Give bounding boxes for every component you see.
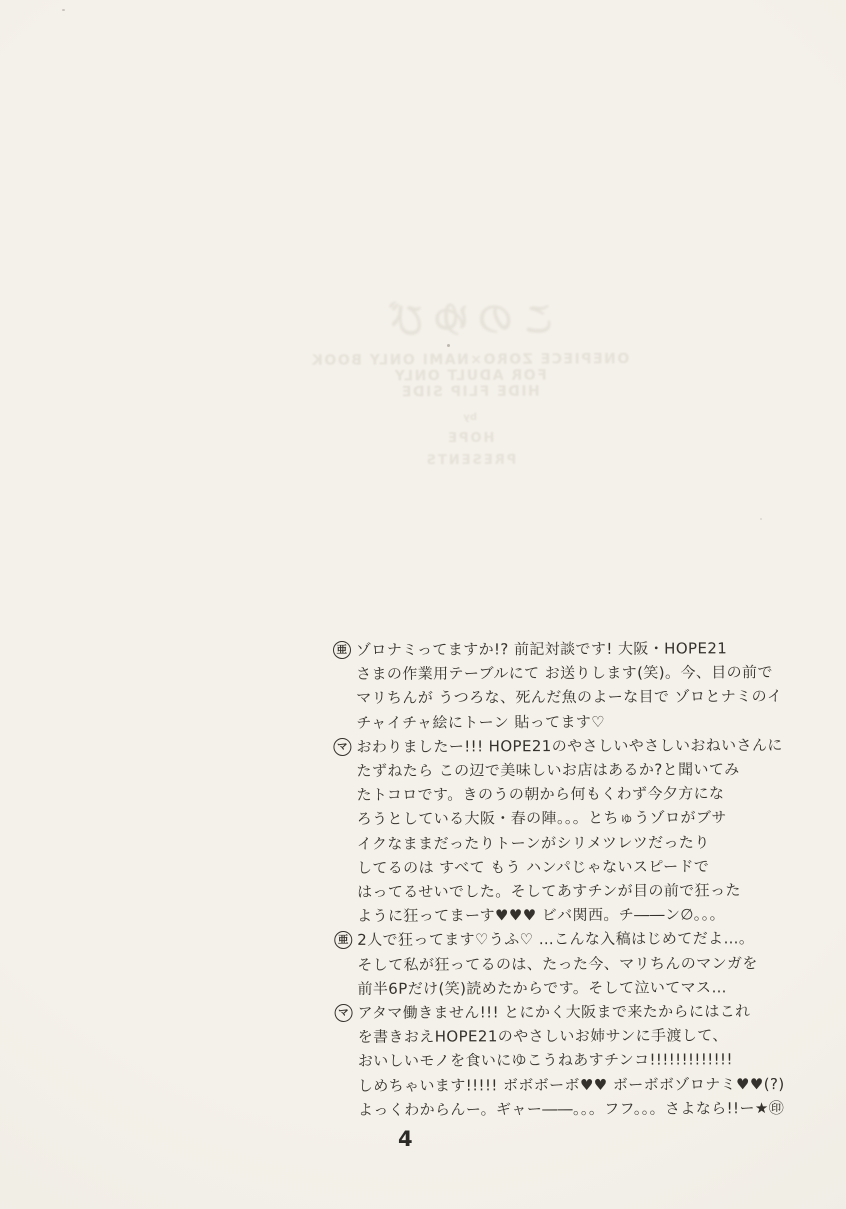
speaker-mark-circle: マ (335, 1004, 353, 1022)
speaker-mark-circle: 亜 (334, 931, 352, 949)
scanned-doujinshi-page: このゆびONEPIECE ZORO×NAMI ONLY BOOKFOR ADUL… (0, 0, 846, 1209)
bleedthrough-line: HOPE (270, 430, 670, 447)
handwritten-line: を書きおえHOPE21のやさしいお姉サンに手渡して、 (358, 1023, 801, 1049)
page-number: 4 (398, 1127, 414, 1151)
bleedthrough-title: このゆび (270, 297, 670, 343)
handwritten-line: はってるせいでした。そしてあすチンが目の前で狂った (357, 878, 800, 904)
handwritten-line: アタマ働きません!!! とにかく大阪まで来たからにはこれ (358, 999, 801, 1025)
paragraph-lines: ゾロナミってますか!? 前記対談です! 大阪・HOPE21さまの作業用テーブルに… (356, 636, 799, 735)
paragraph-lines: おわりましたー!!! HOPE21のやさしいやさしいおねいさんにたずねたら この… (356, 733, 800, 929)
afterword-paragraph: 亜2人で狂ってます♡うふ♡ …こんな入稿はじめてだよ…。そして私が狂ってるのは、… (334, 926, 800, 1001)
afterword-paragraph: マアタマ働きません!!! とにかく大阪まで来たからにはこれを書きおえHOPE21… (335, 999, 802, 1122)
paper-speck (62, 9, 65, 11)
handwritten-line: チャイチャ絵にトーン 貼ってます♡ (356, 709, 799, 735)
handwritten-line: たずねたら この辺で美味しいお店はあるか?と聞いてみ (356, 757, 799, 783)
afterword-paragraph: マおわりましたー!!! HOPE21のやさしいやさしいおねいさんにたずねたら こ… (333, 733, 800, 929)
paragraph-lines: 2人で狂ってます♡うふ♡ …こんな入稿はじめてだよ…。そして私が狂ってるのは、た… (357, 926, 800, 1001)
paper-speck (447, 344, 450, 347)
handwritten-line: ゾロナミってますか!? 前記対談です! 大阪・HOPE21 (356, 636, 799, 662)
handwritten-line: イクなままだったりトーンがシリメツレツだったり (357, 830, 800, 856)
handwritten-line: そして私が狂ってるのは、たった今、マリちんのマンガを (357, 951, 800, 977)
handwritten-line: しめちゃいます!!!!! ボボボーボ♥♥ ボーボボゾロナミ♥♥(?) (358, 1072, 801, 1098)
paragraph-lines: アタマ働きません!!! とにかく大阪まで来たからにはこれを書きおえHOPE21の… (358, 999, 802, 1122)
bleedthrough-line: PRESENTS (270, 452, 670, 469)
handwritten-line: おわりましたー!!! HOPE21のやさしいやさしいおねいさんに (356, 733, 799, 759)
handwritten-line: よっくわからんー。ギャー――。。。フフ。。。さよなら!!ー★㊞ (358, 1096, 801, 1122)
handwritten-line: たトコロです。きのうの朝から何もくわず今夕方にな (357, 781, 800, 807)
handwritten-line: してるのは すべて もう ハンパじゃないスピードで (357, 854, 800, 880)
bleedthrough-line: by (270, 411, 670, 425)
handwritten-line: 前半6Pだけ(笑)読めたからです。そして泣いてマス… (357, 975, 800, 1001)
handwritten-line: ように狂ってまーす♥♥♥ ビバ関西。チ――ン∅。。。 (357, 902, 800, 928)
paper-speck (760, 518, 762, 520)
handwritten-line: 2人で狂ってます♡うふ♡ …こんな入稿はじめてだよ…。 (357, 926, 800, 952)
speaker-mark-circle: マ (333, 738, 351, 756)
handwritten-line: おいしいモノを食いにゆこうねあすチンコ!!!!!!!!!!!!! (358, 1047, 801, 1073)
handwritten-line: マリちんが うつろな、死んだ魚のよーな目で ゾロとナミのイ (356, 684, 799, 710)
handwritten-afterword: 亜ゾロナミってますか!? 前記対談です! 大阪・HOPE21さまの作業用テーブル… (333, 636, 801, 1122)
bleedthrough-title-block: このゆびONEPIECE ZORO×NAMI ONLY BOOKFOR ADUL… (270, 297, 671, 469)
bleedthrough-line: HIDE FLIP SIDE (270, 383, 670, 401)
handwritten-line: ろうとしている大阪・春の陣。。。とちゅうゾロがブサ (357, 805, 800, 831)
speaker-mark-circle: 亜 (333, 641, 351, 659)
afterword-paragraph: 亜ゾロナミってますか!? 前記対談です! 大阪・HOPE21さまの作業用テーブル… (333, 636, 799, 735)
handwritten-line: さまの作業用テーブルにて お送りします(笑)。今、目の前で (356, 660, 799, 686)
